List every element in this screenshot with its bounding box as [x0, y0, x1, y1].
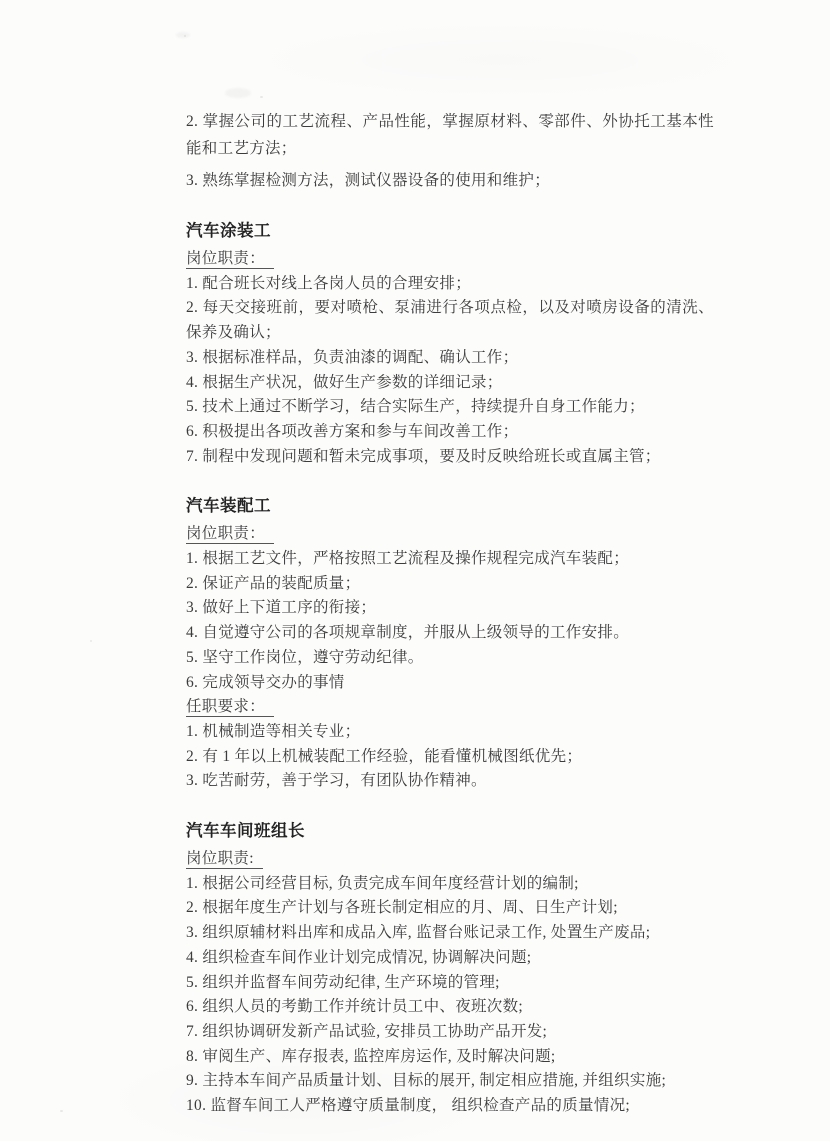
list-item: 2. 根据年度生产计划与各班长制定相应的月、周、日生产计划;	[186, 896, 714, 921]
job-title: 汽车装配工	[186, 494, 714, 518]
list-item: 5. 技术上通过不断学习，结合实际生产，持续提升自身工作能力；	[186, 395, 714, 420]
block-label-text: 岗位职责：	[186, 525, 274, 544]
scan-speck	[60, 1110, 63, 1112]
list-item: 8. 审阅生产、库存报表, 监控库房运作, 及时解决问题;	[186, 1045, 714, 1070]
scan-speck	[184, 35, 186, 37]
list-item: 2. 每天交接班前，要对喷枪、泵浦进行各项点检，以及对喷房设备的清洗、保养及确认…	[186, 296, 714, 345]
continuation-list: 2. 掌握公司的工艺流程、产品性能，掌握原材料、零部件、外协托工基本性能和工艺方…	[186, 108, 714, 194]
list-item: 4. 自觉遵守公司的各项规章制度，并服从上级领导的工作安排。	[186, 621, 714, 646]
list-item: 1. 配合班长对线上各岗人员的合理安排；	[186, 272, 714, 297]
block-label-text: 岗位职责：	[186, 250, 274, 269]
scan-smudge	[225, 88, 251, 98]
list-item: 3. 根据标准样品，负责油漆的调配、确认工作；	[186, 346, 714, 371]
job-section-1: 汽车涂装工岗位职责：1. 配合班长对线上各岗人员的合理安排；2. 每天交接班前，…	[186, 219, 714, 469]
block-label: 岗位职责:	[186, 847, 714, 872]
list-item: 3. 做好上下道工序的衔接；	[186, 596, 714, 621]
list-item: 10. 监督车间工人严格遵守质量制度， 组织检查产品的质量情况;	[186, 1094, 714, 1119]
job-section-3: 汽车车间班组长岗位职责:1. 根据公司经营目标, 负责完成车间年度经营计划的编制…	[186, 819, 714, 1119]
list-item: 6. 组织人员的考勤工作并统计员工中、夜班次数;	[186, 995, 714, 1020]
list-item: 2. 有 1 年以上机械装配工作经验，能看懂机械图纸优先；	[186, 745, 714, 770]
document-body: 2. 掌握公司的工艺流程、产品性能，掌握原材料、零部件、外协托工基本性能和工艺方…	[186, 108, 714, 1119]
list-item: 9. 主持本车间产品质量计划、目标的展开, 制定相应措施, 并组织实施;	[186, 1069, 714, 1094]
list-item: 6. 完成领导交办的事情	[186, 671, 714, 696]
list-item: 4. 根据生产状况，做好生产参数的详细记录；	[186, 371, 714, 396]
block-label: 岗位职责：	[186, 522, 714, 547]
job-section-2: 汽车装配工岗位职责：1. 根据工艺文件，严格按照工艺流程及操作规程完成汽车装配；…	[186, 494, 714, 794]
block-label: 任职要求：	[186, 695, 714, 720]
list-item: 5. 坚守工作岗位，遵守劳动纪律。	[186, 646, 714, 671]
list-item: 4. 组织检查车间作业计划完成情况, 协调解决问题;	[186, 946, 714, 971]
job-title: 汽车车间班组长	[186, 819, 714, 843]
list-item: 7. 组织协调研发新产品试验, 安排员工协助产品开发;	[186, 1020, 714, 1045]
list-item: 5. 组织并监督车间劳动纪律, 生产环境的管理;	[186, 971, 714, 996]
scan-speck	[90, 640, 92, 642]
list-item: 1. 机械制造等相关专业；	[186, 720, 714, 745]
list-item: 7. 制程中发现问题和暂未完成事项，要及时反映给班长或直属主管；	[186, 445, 714, 470]
continuation-paragraph: 2. 掌握公司的工艺流程、产品性能，掌握原材料、零部件、外协托工基本性能和工艺方…	[186, 108, 714, 162]
block-label-text: 任职要求：	[186, 698, 274, 717]
continuation-paragraph: 3. 熟练掌握检测方法，测试仪器设备的使用和维护；	[186, 167, 714, 194]
list-item: 2. 保证产品的装配质量；	[186, 572, 714, 597]
scan-smudge	[176, 32, 190, 38]
list-item: 1. 根据公司经营目标, 负责完成车间年度经营计划的编制;	[186, 872, 714, 897]
scan-speck	[260, 96, 263, 98]
block-label-text: 岗位职责:	[186, 850, 263, 869]
job-title: 汽车涂装工	[186, 219, 714, 243]
block-label: 岗位职责：	[186, 247, 714, 272]
list-item: 6. 积极提出各项改善方案和参与车间改善工作；	[186, 420, 714, 445]
list-item: 1. 根据工艺文件，严格按照工艺流程及操作规程完成汽车装配；	[186, 547, 714, 572]
job-sections: 汽车涂装工岗位职责：1. 配合班长对线上各岗人员的合理安排；2. 每天交接班前，…	[186, 219, 714, 1119]
list-item: 3. 组织原辅材料出库和成品入库, 监督台账记录工作, 处置生产废品;	[186, 921, 714, 946]
list-item: 3. 吃苦耐劳，善于学习，有团队协作精神。	[186, 769, 714, 794]
